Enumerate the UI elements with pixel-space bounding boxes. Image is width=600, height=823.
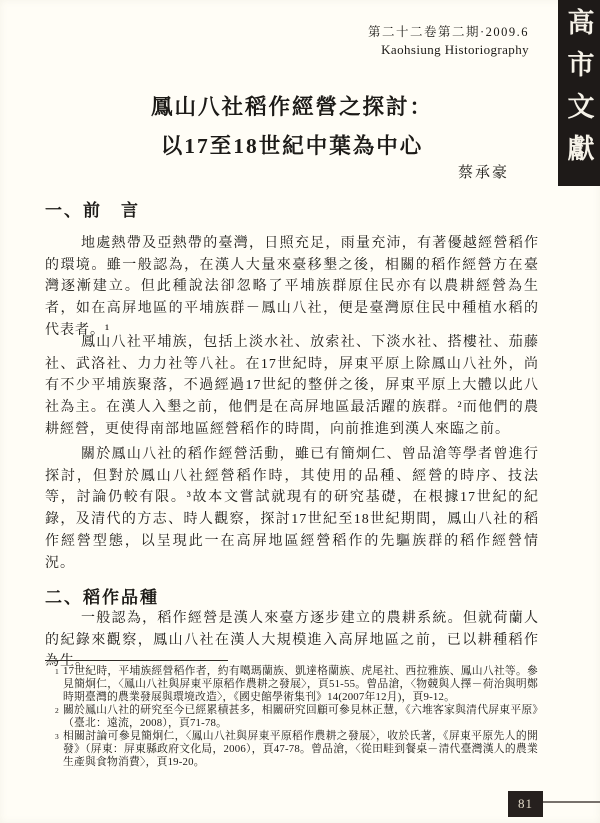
section-2-heading: 二、稻作品種: [45, 583, 159, 608]
page-number: 81: [518, 796, 533, 812]
journal-seal-calligraphy: 高市文獻: [560, 0, 599, 176]
footnote-2-text: 關於鳳山八社的研究至今已經累積甚多，相關研究回顧可參見林正慧，《六堆客家與清代屏…: [63, 704, 538, 729]
volume-issue-line: 第二十二卷第二期·2009.6: [368, 24, 529, 41]
section-1-heading: 一、前 言: [45, 196, 140, 221]
footnote-3-text: 相關討論可參見簡炯仁，〈鳳山八社與屏東平原稻作農耕之發展〉，收於氏著，《屏東平原…: [63, 730, 538, 768]
footnote-2: 2 關於鳳山八社的研究至今已經累積甚多，相關研究回顧可參見林正慧，《六堆客家與清…: [55, 704, 538, 730]
journal-seal-banner: 高市文獻: [558, 0, 600, 186]
footnote-1-text: 17世紀時，平埔族經營稻作者，約有噶瑪蘭族、凱達格蘭族、虎尾社、西拉雅族、鳳山八…: [63, 665, 538, 703]
page-number-box: 81: [508, 791, 543, 817]
journal-name-english: Kaohsiung Historiography: [368, 41, 529, 58]
footnote-separator-rule: [45, 660, 228, 661]
footnote-2-marker: 2: [55, 704, 59, 717]
section-2-paragraph-1: 一般認為，稻作經營是漢人來臺方逐步建立的農耕系統。但就荷蘭人的紀錄來觀察，鳳山八…: [45, 608, 539, 673]
footer-rule-line: [543, 801, 600, 803]
section-1-paragraph-1: 地處熱帶及亞熱帶的臺灣，日照充足，雨量充沛，有著優越經營稻作的環境。雖一般認為，…: [45, 233, 539, 342]
footnotes: 1 17世紀時，平埔族經營稻作者，約有噶瑪蘭族、凱達格蘭族、虎尾社、西拉雅族、鳳…: [55, 665, 538, 769]
section-1-paragraph-2: 鳳山八社平埔族，包括上淡水社、放索社、下淡水社、搭樓社、茄藤社、武洛社、力力社等…: [45, 332, 539, 441]
journal-header: 第二十二卷第二期·2009.6 Kaohsiung Historiography: [368, 24, 529, 58]
footnote-3-marker: 3: [55, 730, 59, 743]
footnote-3: 3 相關討論可參見簡炯仁，〈鳳山八社與屏東平原稻作農耕之發展〉，收於氏著，《屏東…: [55, 730, 538, 769]
footnote-1: 1 17世紀時，平埔族經營稻作者，約有噶瑪蘭族、凱達格蘭族、虎尾社、西拉雅族、鳳…: [55, 665, 538, 704]
scanned-journal-page: 高市文獻 第二十二卷第二期·2009.6 Kaohsiung Historiog…: [0, 0, 600, 823]
article-title: 鳳山八社稻作經營之探討： 以17至18世紀中葉為中心: [45, 88, 539, 166]
section-1-paragraph-3: 關於鳳山八社的稻作經營活動，雖已有簡炯仁、曾品滄等學者曾進行探討，但對於鳳山八社…: [45, 444, 539, 574]
footnote-1-marker: 1: [55, 665, 59, 678]
author-name: 蔡承豪: [458, 161, 509, 182]
article-title-line-1: 鳳山八社稻作經營之探討：: [45, 88, 539, 127]
